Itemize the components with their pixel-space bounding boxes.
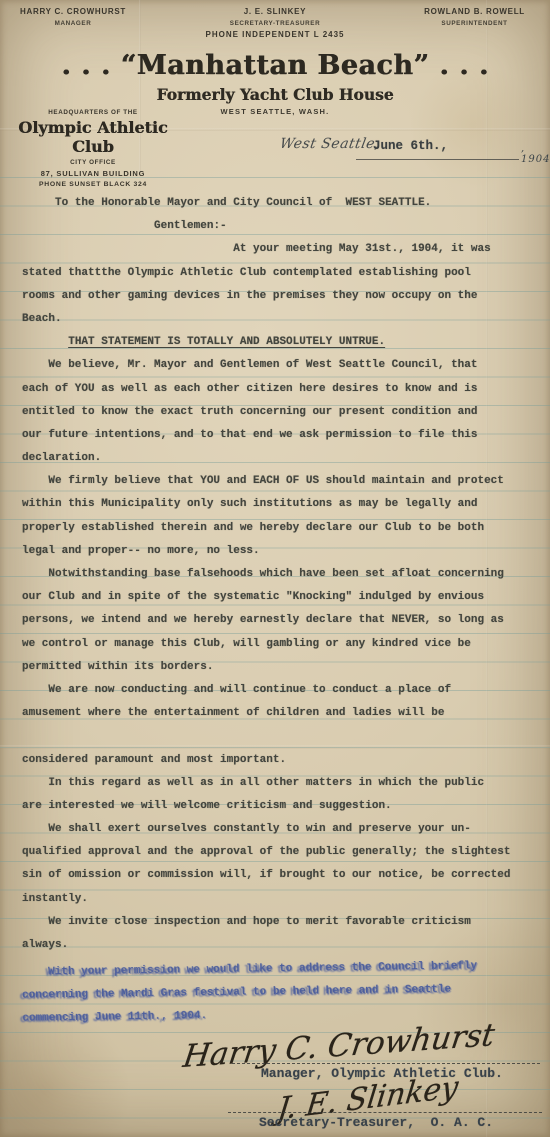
line-text: our future intentions, and to that end w… xyxy=(22,429,477,441)
line-indent xyxy=(22,475,48,487)
line-indent xyxy=(22,777,48,789)
typed-line: declaration. xyxy=(22,447,542,470)
phone-line: PHONE INDEPENDENT L 2435 xyxy=(0,30,550,39)
typed-line: stated thattthe Olympic Athletic Club co… xyxy=(22,262,542,285)
signature-rule xyxy=(228,1112,542,1113)
line-text: We firmly believe that YOU and EACH OF U… xyxy=(48,475,503,487)
typed-line: We are now conducting and will continue … xyxy=(22,679,542,702)
typed-line: considered paramount and most important. xyxy=(22,749,542,772)
line-text: within this Municipality only such insti… xyxy=(22,498,477,510)
line-text: concerning the Mardi Gras festival to be… xyxy=(22,984,451,1002)
line-text: we control or manage this Club, will gam… xyxy=(22,638,471,650)
line-text: Gentlemen:- xyxy=(154,220,227,232)
typed-line: legal and proper-- no more, no less. xyxy=(22,540,542,563)
dateline-date: June 6th., xyxy=(373,139,448,153)
typed-line: Gentlemen:- xyxy=(22,215,542,238)
line-text: Notwithstanding base falsehoods which ha… xyxy=(48,568,503,580)
line-indent xyxy=(22,220,154,232)
typed-line: qualified approval and the approval of t… xyxy=(22,841,542,864)
line-text: qualified approval and the approval of t… xyxy=(22,846,510,858)
staff-title: SECRETARY-TREASURER xyxy=(215,20,335,27)
line-text: our Club and in spite of the systematic … xyxy=(22,591,484,603)
line-text: We believe, Mr. Mayor and Gentlemen of W… xyxy=(48,359,477,371)
line-text: always. xyxy=(22,939,68,951)
line-indent xyxy=(22,243,233,255)
line-text: sin of omission or commission will, if b… xyxy=(22,869,510,881)
letterhead-title: . . . “Manhattan Beach” . . . xyxy=(0,50,550,81)
letter-page: HARRY C. CROWHURST MANAGER J. E. SLINKEY… xyxy=(0,0,550,1137)
hq-line: CITY OFFICE xyxy=(4,159,182,166)
club-name: Olympic Athletic Club xyxy=(4,118,182,156)
typed-line: persons, we intend and we hereby earnest… xyxy=(22,609,542,632)
line-text: permitted within its borders. xyxy=(22,661,213,673)
typed-line: In this regard as well as in all other m… xyxy=(22,772,542,795)
line-text: are interested we will welcome criticism… xyxy=(22,800,392,812)
line-text: We shall exert ourselves constantly to w… xyxy=(48,823,470,835)
typed-line: our future intentions, and to that end w… xyxy=(22,424,542,447)
typed-line: We invite close inspection and hope to m… xyxy=(22,911,542,934)
line-text: instantly. xyxy=(22,893,88,905)
typed-line: instantly. xyxy=(22,888,542,911)
line-text: entitled to know the exact truth concern… xyxy=(22,406,477,418)
line-text: persons, we intend and we hereby earnest… xyxy=(22,614,504,626)
typed-line: THAT STATEMENT IS TOTALLY AND ABSOLUTELY… xyxy=(22,331,542,354)
line-text: With your permission we would like to ad… xyxy=(48,960,477,978)
typed-line: entitled to know the exact truth concern… xyxy=(22,401,542,424)
typed-line: always. xyxy=(22,934,542,957)
hq-line: HEADQUARTERS OF THE xyxy=(4,109,182,116)
typed-line: Notwithstanding base falsehoods which ha… xyxy=(22,563,542,586)
staff-title: MANAGER xyxy=(8,20,138,27)
signature-caption-secretary: Secretary-Treasurer, O. A. C. xyxy=(259,1115,493,1130)
dateline-underline xyxy=(356,159,519,160)
line-indent xyxy=(22,684,48,696)
line-indent xyxy=(22,916,48,928)
line-text: In this regard as well as in all other m… xyxy=(48,777,484,789)
typed-line: Beach. xyxy=(22,308,542,331)
line-text: At your meeting May 31st., 1904, it was xyxy=(233,243,490,255)
line-indent xyxy=(22,336,68,348)
typed-line: our Club and in spite of the systematic … xyxy=(22,586,542,609)
line-indent xyxy=(22,197,55,209)
dateline-year: , 1904 xyxy=(521,143,550,165)
staff-block-secretary: J. E. SLINKEY SECRETARY-TREASURER xyxy=(215,7,335,27)
hq-address: 87, SULLIVAN BUILDING xyxy=(4,169,182,178)
typed-line: We believe, Mr. Mayor and Gentlemen of W… xyxy=(22,354,542,377)
line-text: THAT STATEMENT IS TOTALLY AND ABSOLUTELY… xyxy=(68,336,385,348)
typed-line: each of YOU as well as each other citize… xyxy=(22,378,542,401)
typed-line: permitted within its borders. xyxy=(22,656,542,679)
line-text: declaration. xyxy=(22,452,101,464)
typed-line: amusement where the entertainment of chi… xyxy=(22,702,542,725)
typed-line: rooms and other gaming devices in the pr… xyxy=(22,285,542,308)
line-text: Beach. xyxy=(22,313,62,325)
headquarters-block: HEADQUARTERS OF THE Olympic Athletic Clu… xyxy=(4,109,182,188)
line-text: considered paramount and most important. xyxy=(22,754,286,766)
staff-name: ROWLAND B. ROWELL xyxy=(407,7,542,16)
signature-rule xyxy=(232,1063,540,1064)
line-text: properly established therein and we here… xyxy=(22,522,484,534)
line-indent xyxy=(22,823,48,835)
line-indent xyxy=(22,359,48,371)
typed-line: At your meeting May 31st., 1904, it was xyxy=(22,238,542,261)
staff-name: J. E. SLINKEY xyxy=(215,7,335,16)
line-text: We are now conducting and will continue … xyxy=(48,684,451,696)
line-text: rooms and other gaming devices in the pr… xyxy=(22,290,477,302)
line-indent xyxy=(22,568,48,580)
typed-line: sin of omission or commission will, if b… xyxy=(22,864,542,887)
typed-line: To the Honorable Mayor and City Council … xyxy=(22,192,542,215)
line-text: amusement where the entertainment of chi… xyxy=(22,707,444,719)
letterhead-subtitle: Formerly Yacht Club House xyxy=(0,85,550,104)
staff-block-superintendent: ROWLAND B. ROWELL SUPERINTENDENT xyxy=(407,7,542,27)
typed-line xyxy=(22,725,542,748)
line-text: legal and proper-- no more, no less. xyxy=(22,545,260,557)
line-text: stated thattthe Olympic Athletic Club co… xyxy=(22,267,471,279)
typed-line: We firmly believe that YOU and EACH OF U… xyxy=(22,470,542,493)
hq-phone: PHONE SUNSET BLACK 324 xyxy=(4,181,182,188)
line-text: commencing June 11th., 1904. xyxy=(22,1010,207,1025)
typed-line: properly established therein and we here… xyxy=(22,517,542,540)
line-text: each of YOU as well as each other citize… xyxy=(22,383,477,395)
staff-title: SUPERINTENDENT xyxy=(407,20,542,27)
typed-line: within this Municipality only such insti… xyxy=(22,493,542,516)
staff-block-manager: HARRY C. CROWHURST MANAGER xyxy=(8,7,138,27)
typed-line: We shall exert ourselves constantly to w… xyxy=(22,818,542,841)
line-indent xyxy=(22,966,49,978)
letter-body: To the Honorable Mayor and City Council … xyxy=(22,192,542,957)
typed-line: we control or manage this Club, will gam… xyxy=(22,633,542,656)
line-text: We invite close inspection and hope to m… xyxy=(48,916,470,928)
line-text: To the Honorable Mayor and City Council … xyxy=(55,197,431,209)
staff-name: HARRY C. CROWHURST xyxy=(8,7,138,16)
dateline-place: West Seattle, xyxy=(279,136,382,152)
typed-line: are interested we will welcome criticism… xyxy=(22,795,542,818)
